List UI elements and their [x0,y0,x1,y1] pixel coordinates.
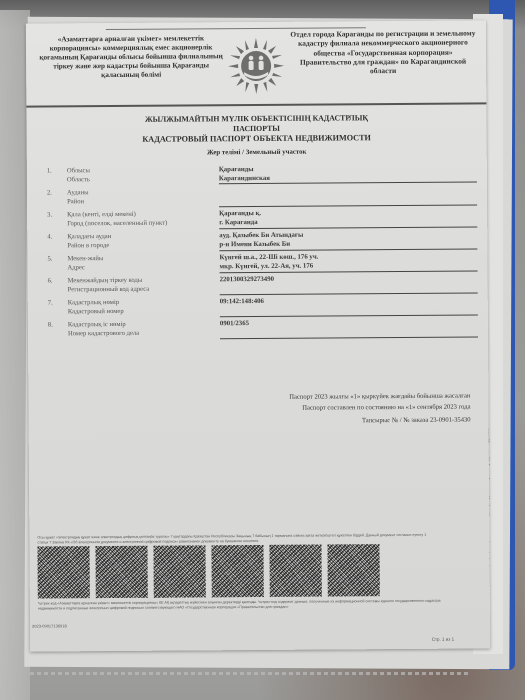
underline [220,336,478,339]
field-label: Кадастрлық нөмірКадастровый номер [68,298,238,316]
field-label: Қала (кенті, елді мекені)Город (поселок,… [67,210,237,228]
qr-code-icon [269,545,321,597]
field-label: АуданыРайон [67,188,237,206]
label-ru: Район [67,198,84,205]
label-ru: Номер кадастрового дела [68,329,139,336]
qr-code-icon [211,545,263,597]
field-number: 6. [48,277,53,284]
field-label: ОблысыОбласть [67,166,237,184]
label-ru: Область [67,176,90,183]
title-ru: КАДАСТРОВЫЙ ПАСПОРТ ОБЪЕКТА НЕДВИЖИМОСТИ [27,132,487,145]
header-divider [26,102,486,107]
value-kz: Қарағанды қ. [219,210,261,217]
cadastral-passport-page: «Азаматтарға арналған үкімет» мемлекетті… [26,20,490,651]
field-label: Мекен-жайыАдрес [67,254,237,272]
field-number: 5. [47,255,52,262]
field-value: 09:142:148:406 [220,297,470,307]
header-right-ru: Отдел города Караганды по регистрации и … [288,28,478,76]
field-value: 2201300329273490 [220,275,470,285]
label-ru: Регистрационный код адреса [68,285,150,293]
field-district: 2. АуданыРайон [47,186,477,211]
value-ru: мкр. Күнгей, ул. 22-Ая, уч. 176 [219,261,469,271]
label-ru: Кадастровый номер [68,307,124,314]
field-value: Қарағанды қ.г. Караганда [219,209,469,228]
field-number: 7. [48,299,53,306]
barcode-footnote: *штрих-код «Азаматтарға арналған үкімет»… [38,599,448,612]
value-ru: 0901/2365 [220,319,470,329]
sleeve-perforation [30,672,470,675]
label-kz: Облысы [67,167,90,174]
label-kz: Мекенжайдың тіркеу коды [68,277,143,285]
value-kz: Қарағанды [219,166,254,173]
field-city-district: 4. Қаладағы ауданРайон в городе aуд. Қаз… [47,230,477,255]
sun-family-hands-logo-icon [226,36,286,96]
label-ru: Район в городе [67,242,109,249]
document-id: 2023-09017136918 [32,623,67,628]
value-ru: 09:142:148:406 [220,297,470,307]
underline [220,292,478,295]
field-value: 0901/2365 [220,319,470,329]
underline [219,204,477,207]
qr-code-icon [327,544,379,596]
label-kz: Қаладағы аудан [67,233,111,240]
value-kz: aуд. Қазыбек Би Атындағы [219,232,303,240]
header-left-kz: «Азаматтарға арналған үкімет» мемлекетті… [36,34,226,80]
value-ru: 2201300329273490 [220,275,470,285]
qr-code-icon [95,546,147,598]
field-number: 3. [47,211,52,218]
subtitle-land-plot: Жер телімі / Земельный участок [27,146,487,158]
field-address-code: 6. Мекенжайдың тіркеу кодыРегистрационны… [48,274,478,299]
document-title: ЖЫЛЖЫМАЙТЫН МҮЛІК ОБЪЕКТІСІНІҢ КАДАСТРЛЫ… [26,112,486,158]
field-case-number: 8. Кадастрлық іс нөмірНомер кадастрового… [48,318,478,343]
label-ru: Адрес [67,264,84,271]
label-kz: Кадастрлық іс нөмір [68,321,126,328]
field-number: 2. [47,189,52,196]
field-city: 3. Қала (кенті, елді мекені)Город (посел… [47,208,477,233]
field-value: ҚарағандыКарагандинская [219,165,469,184]
order-number: Тапсырыс № / № заказа 23-0901-35430 [289,415,470,427]
passport-fields: 1. ОблысыОбласть ҚарағандыКарагандинская… [47,164,478,343]
label-kz: Ауданы [67,189,89,196]
field-value: Күнгей ш.а., 22-Ші көш., 176 уч.мкр. Күн… [219,253,469,272]
issued-block: Паспорт 2023 жылғы «1» қыркүйек жағдайы … [289,391,470,427]
field-label: Қаладағы ауданРайон в городе [67,232,237,250]
field-value: aуд. Қазыбек Би Атындағыр-н Имени Казыбе… [219,231,469,250]
qr-code-icon [37,546,89,598]
label-kz: Мекен-жайы [67,255,103,262]
value-ru: р-н Имени Казыбек Би [219,239,469,249]
value-kz: Күнгей ш.а., 22-Ші көш., 176 уч. [219,254,318,262]
field-number: 8. [48,321,53,328]
field-region: 1. ОблысыОбласть ҚарағандыКарагандинская [47,164,477,189]
field-label: Кадастрлық іс нөмірНомер кадастрового де… [68,320,238,338]
label-kz: Кадастрлық нөмір [68,299,119,306]
label-ru: Город (поселок, населенный пункт) [67,219,167,227]
issued-date-ru: Паспорт составлен по состоянию на «1» се… [289,402,470,414]
field-number: 1. [47,167,52,174]
page-number: Стр. 1 из 1 [432,637,454,642]
field-address: 5. Мекен-жайыАдрес Күнгей ш.а., 22-Ші кө… [47,252,477,277]
field-label: Мекенжайдың тіркеу кодыРегистрационный к… [68,276,238,294]
qr-code-icon [153,545,205,597]
label-kz: Қала (кенті, елді мекені) [67,211,136,218]
field-cadastral-number: 7. Кадастрлық нөмірКадастровый номер 09:… [48,296,478,321]
field-number: 4. [47,233,52,240]
underline [220,314,478,317]
qr-code-row [37,544,397,599]
value-ru: г. Караганда [219,217,469,227]
